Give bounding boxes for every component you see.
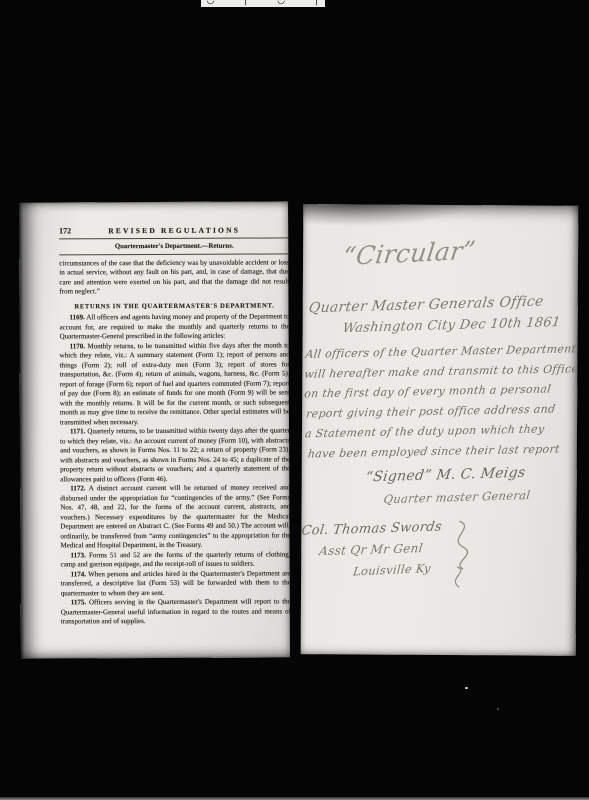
- paragraph-number: 1169.: [69, 313, 84, 321]
- paragraph-1173: 1173. Forms 51 and 52 are the forms of t…: [61, 550, 290, 570]
- paragraph-text: Quarterly returns, to be transmitted wit…: [60, 426, 290, 483]
- header-rule-top: [59, 237, 289, 239]
- office-line: Quarter Master Generals Office: [308, 294, 545, 317]
- signature-line: “Signed” M. C. Meigs: [365, 465, 527, 486]
- book-title-header: REVISED REGULATIONS: [59, 225, 289, 236]
- film-strip-marks: ◡ ╷ ◡ ╷: [207, 0, 325, 6]
- printed-text-block: 172 REVISED REGULATIONS Quartermaster's …: [59, 225, 290, 626]
- header-rule-bottom: [59, 253, 289, 255]
- paragraph-text: When persons and articles hired in the Q…: [61, 569, 290, 597]
- addressee-title: Asst Qr Mr Genl: [318, 541, 423, 558]
- paragraph-number: 1175.: [71, 598, 86, 606]
- paragraph-1169: 1169. All officers and agents having mon…: [59, 312, 289, 342]
- paragraph-1171: 1171. Quarterly returns, to be transmitt…: [60, 426, 290, 484]
- department-subheader: Quartermaster's Department.—Returns.: [59, 240, 289, 253]
- paragraph-number: 1172.: [70, 484, 85, 492]
- running-header: 172 REVISED REGULATIONS: [59, 225, 289, 237]
- circular-title: “Circular”: [341, 236, 477, 271]
- film-strip-artifact: ◡ ╷ ◡ ╷: [201, 0, 325, 7]
- dateline: Washington City Dec 10th 1861: [342, 315, 562, 336]
- body-line: report giving their post office address …: [305, 402, 556, 420]
- dust-speck: [465, 687, 468, 689]
- signature-title: Quarter master General: [383, 488, 532, 506]
- body-line: on the first day of every month a person…: [303, 382, 551, 400]
- dust-speck: [497, 708, 499, 710]
- paragraph-continuation: circumstances of the case that the defic…: [59, 258, 289, 297]
- paragraph-1172: 1172. A distinct account current will be…: [60, 483, 290, 551]
- paragraph-number: 1170.: [70, 342, 85, 350]
- paragraph-number: 1171.: [70, 427, 85, 435]
- paragraph-text: Monthly returns, to be transmitted withi…: [60, 341, 290, 426]
- paragraph-text: Officers serving in the Quartermaster's …: [61, 597, 290, 625]
- handwritten-circular-page: “Circular” Quarter Master Generals Offic…: [301, 204, 579, 656]
- body-line: All officers of the Quarter Master Depar…: [305, 342, 577, 360]
- paragraph-text: All officers and agents having money and…: [60, 312, 290, 340]
- body-line: a Statement of the duty upon which they: [304, 422, 545, 440]
- paragraph-1174: 1174. When persons and articles hired in…: [61, 569, 290, 599]
- paragraph-number: 1173.: [71, 551, 86, 559]
- paragraph-1170: 1170. Monthly returns, to be transmitted…: [60, 341, 290, 428]
- body-line: will hereafter make and transmit to this…: [304, 362, 579, 381]
- paragraph-text: Forms 51 and 52 are the forms of the qua…: [61, 550, 290, 569]
- addressee-name: Col. Thomas Swords: [301, 520, 443, 539]
- printed-regulations-page: 172 REVISED REGULATIONS Quartermaster's …: [19, 201, 290, 658]
- paragraph-text: A distinct account current will be retur…: [60, 483, 290, 549]
- microfilm-scan: ◡ ╷ ◡ ╷ 172 REVISED REGULATIONS Quarterm…: [0, 0, 589, 800]
- pen-flourish-icon: [429, 517, 481, 589]
- section-heading: RETURNS IN THE QUARTERMASTER'S DEPARTMEN…: [59, 301, 289, 312]
- body-line: have been employed since their last repo…: [307, 442, 560, 460]
- addressee-place: Louisville Ky: [352, 561, 431, 579]
- paragraph-number: 1174.: [71, 570, 86, 578]
- paragraph-1175: 1175. Officers serving in the Quartermas…: [61, 597, 290, 627]
